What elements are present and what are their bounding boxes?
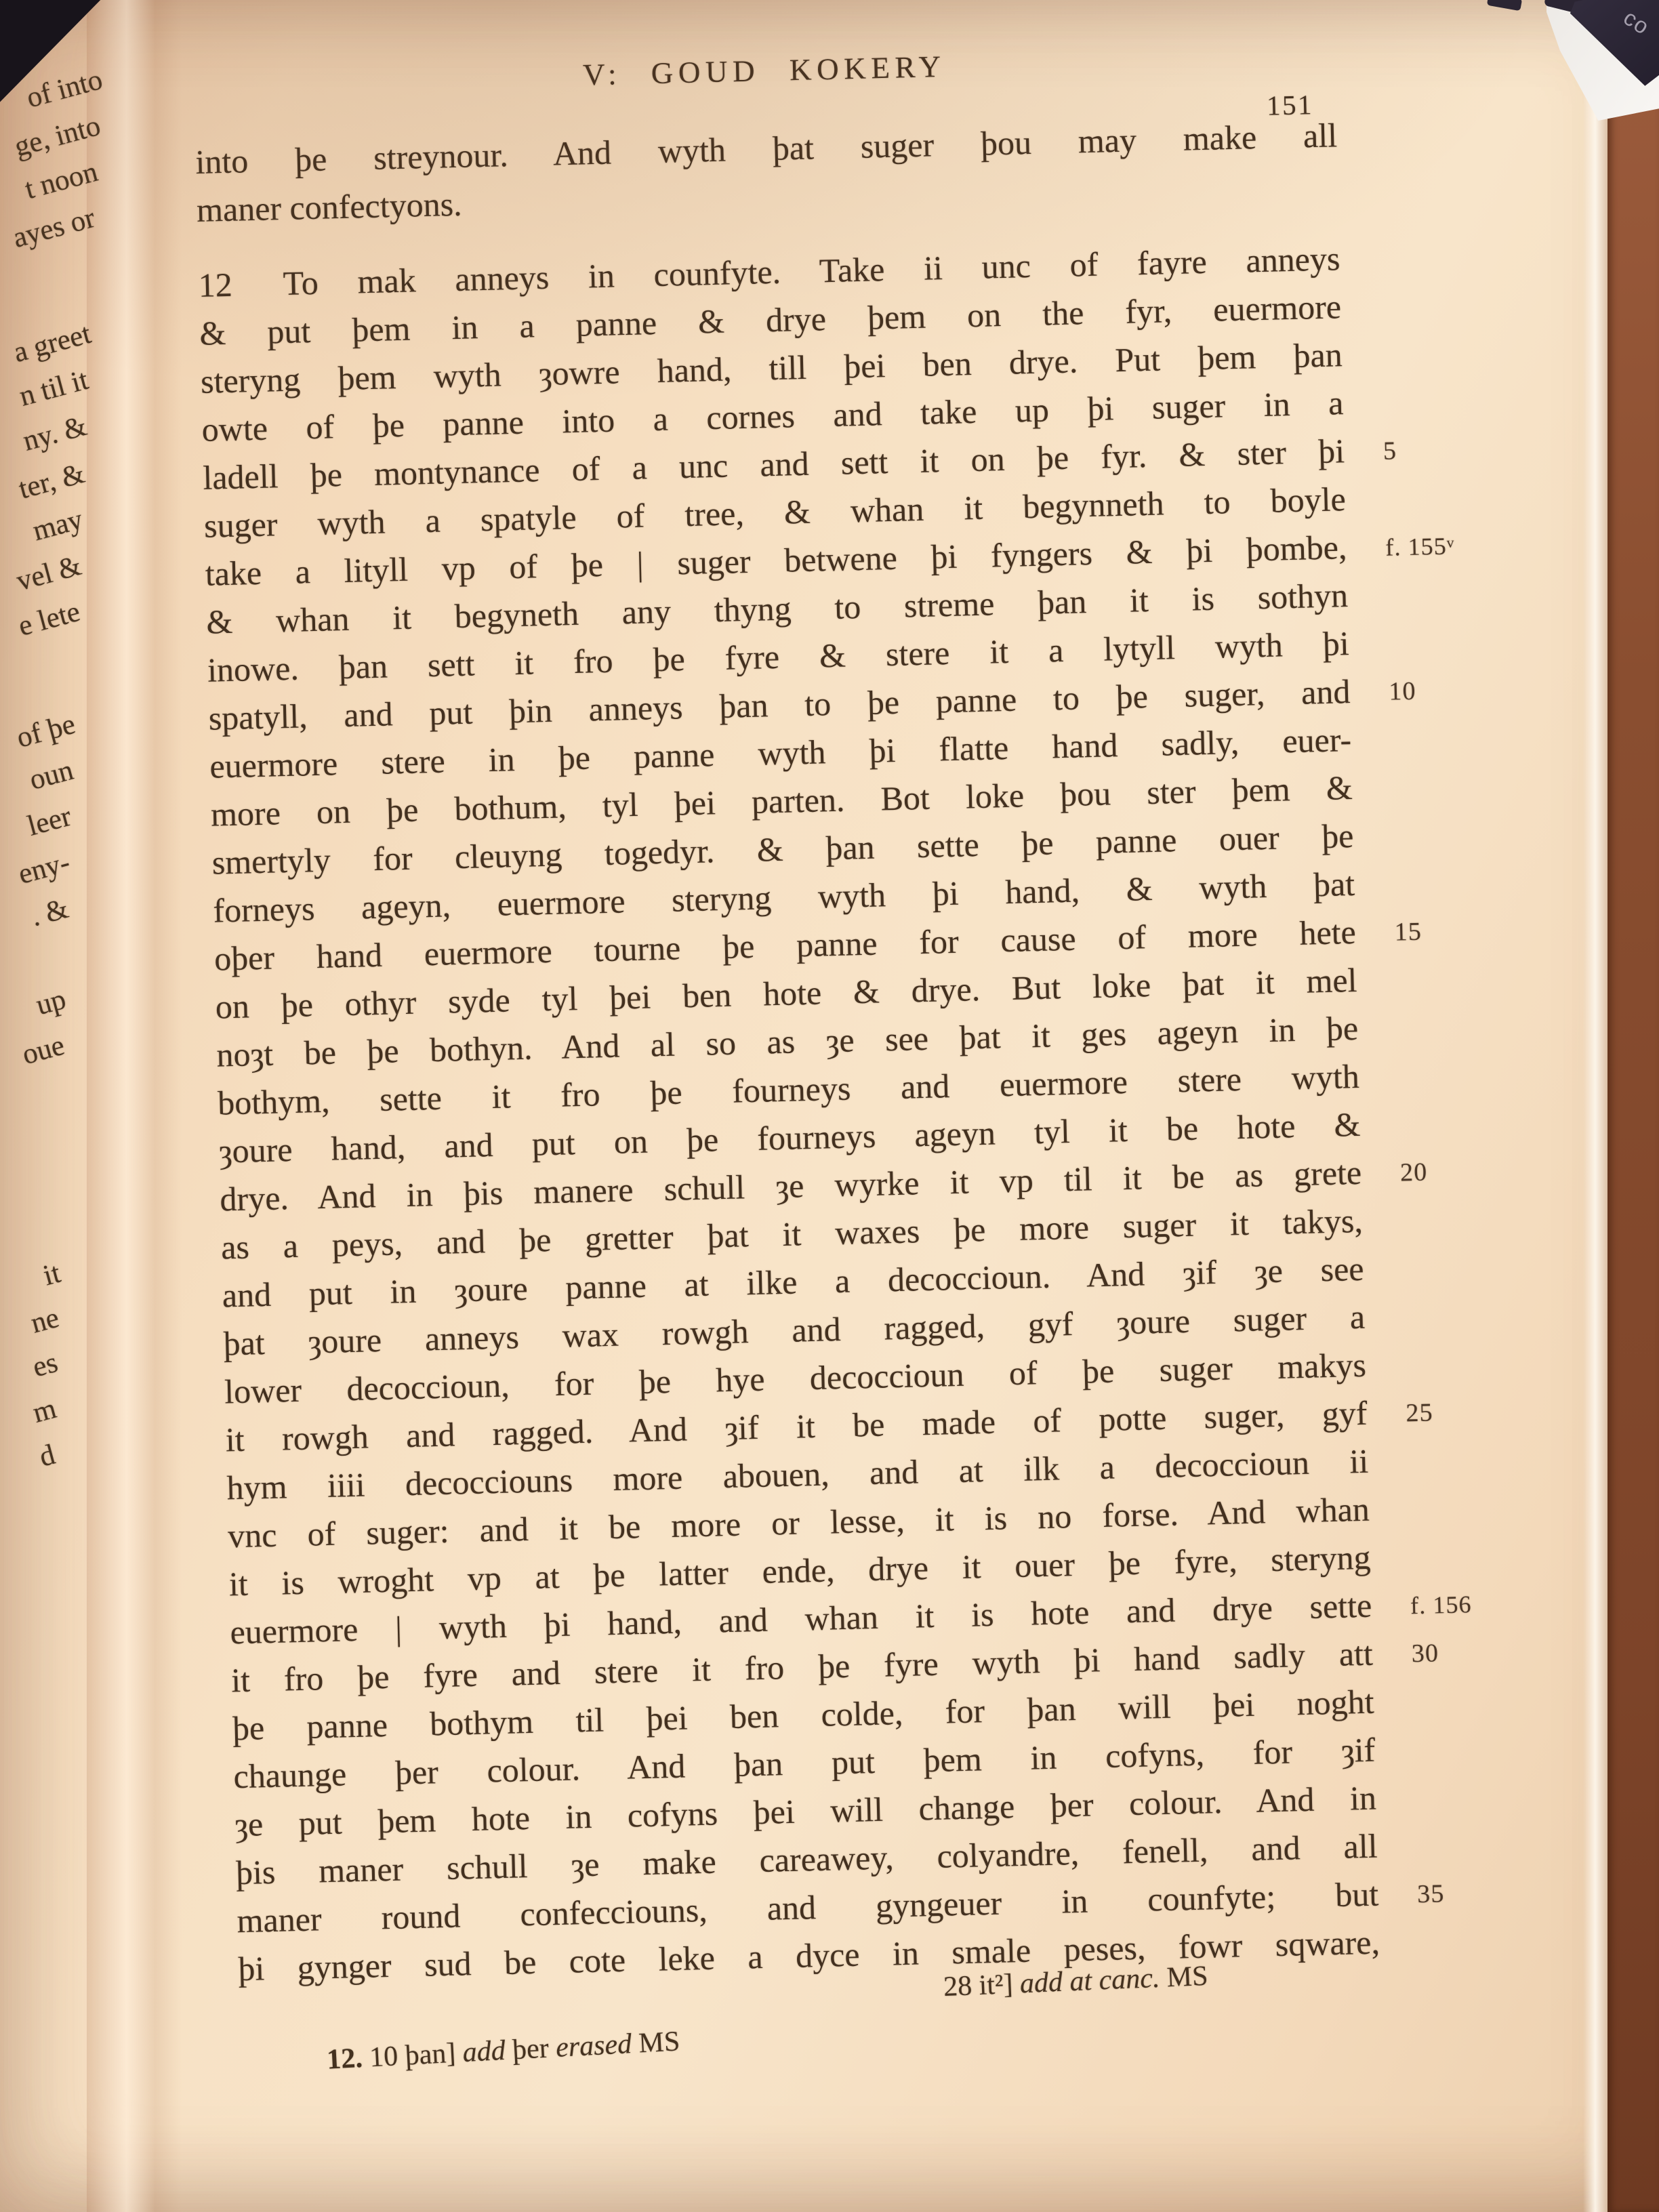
opening-paragraph: into þe streynour. And wyth þat suger þo… [195,111,1339,234]
line-number-note: 25 [1406,1389,1434,1437]
line-number-note: 30 [1411,1629,1439,1678]
footnote-segment: 12. [326,2043,363,2076]
edge-fragment: vel & [0,551,85,600]
footnote-segment: erased [555,2028,632,2064]
footnote-segment: MS [631,2026,681,2060]
footnote-segment: add at canc. [1019,1963,1160,2000]
edge-fragment: it [0,1258,64,1302]
page-edge-highlight [1583,80,1610,2212]
line-number-note: 15 [1394,908,1422,957]
folio-note: f. 155ᵛ [1385,522,1456,571]
edge-fragment: e lete [0,597,83,646]
footnote-segment: MS [1159,1961,1208,1994]
edge-fragment: oun [0,756,77,802]
edge-fragment: oue [0,1031,68,1076]
footnote-segment: þer [504,2032,556,2066]
apparatus-note-left: 12. 10 þan] add þer erased MS [326,2025,680,2076]
edge-fragment: n til it [0,365,91,416]
footnote-segment: add [462,2035,506,2068]
edge-fragment: d [0,1440,58,1482]
folio-note: f. 156 [1410,1580,1472,1630]
footnote-segment: 28 it²] [943,1968,1021,2003]
facing-page-fragments: of intoge, intot noonayes ora greetn til… [0,0,149,2212]
edge-fragment: ter, & [0,459,88,509]
edge-fragment: leer [0,802,75,848]
book-cover-strip [1607,94,1659,2212]
running-head: V: GOUD KOKERY [193,35,1336,106]
edge-fragment: ny. & [0,411,90,462]
edge-fragment: es [0,1348,61,1391]
book-page: of intoge, intot noonayes ora greetn til… [0,0,1659,2212]
edge-fragment: a greet [0,319,94,371]
line-number-note: 10 [1389,668,1417,716]
edge-fragment: . & [0,894,72,939]
edge-fragment: of þe [0,710,79,757]
edge-fragment: eny- [0,848,73,894]
footnote-segment: 10 þan] [362,2037,464,2074]
edge-fragment: ayes or [0,203,98,256]
line-number-note: 20 [1399,1149,1428,1197]
edge-fragment: m [0,1394,60,1437]
edge-fragment: may [0,505,86,554]
edge-fragment: ne [0,1303,62,1347]
line-number-note: 5 [1382,427,1397,475]
text-column: V: GOUD KOKERY 151 into þe streynour. An… [193,35,1380,1993]
book-photo: of intoge, intot noonayes ora greetn til… [0,0,1659,2212]
edge-fragment: up [0,985,69,1029]
line-number-note: 35 [1416,1870,1445,1919]
recipe-paragraph: 12 To mak anneys in counfyte. Take ii un… [198,234,1380,1993]
